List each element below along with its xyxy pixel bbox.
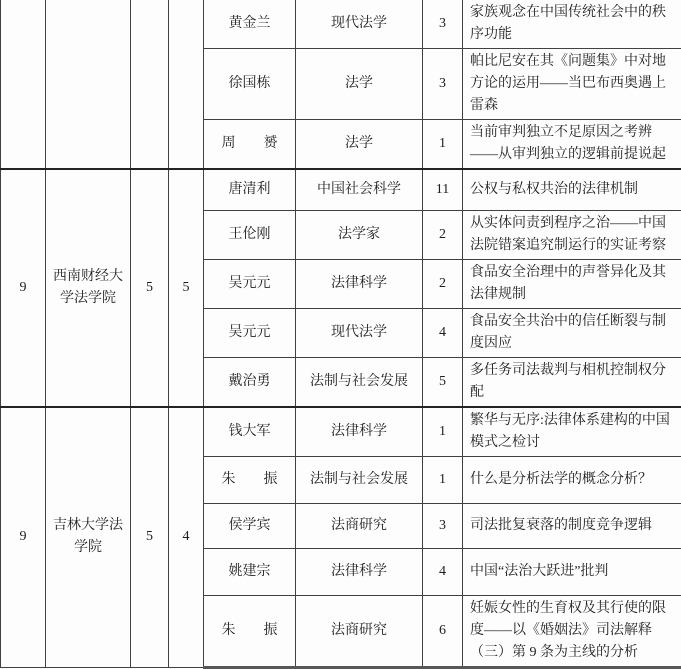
title-cell: 中国“法治大跃进”批判 (463, 548, 681, 595)
count-cell: 1 (423, 407, 463, 457)
institution-cell: 吉林大学法学院 (46, 407, 131, 668)
count-cell: 2 (423, 210, 463, 259)
count-cell: 3 (423, 49, 463, 120)
journal-cell: 法律科学 (296, 407, 423, 457)
stat2-cell: 5 (169, 169, 204, 407)
count-cell: 11 (423, 169, 463, 210)
author-cell: 朱 振 (204, 595, 296, 667)
journal-cell: 法商研究 (296, 503, 423, 548)
author-cell: 钱大军 (204, 407, 296, 457)
table-row: 9 西南财经大学法学院 5 5 唐清利 中国社会科学 11 公权与私权共治的法律… (1, 169, 681, 210)
author-cell: 侯学宾 (204, 503, 296, 548)
rank-cell: 9 (1, 407, 46, 668)
journal-cell: 法律科学 (296, 259, 423, 308)
journal-cell: 法学 (296, 49, 423, 120)
journal-cell: 法律科学 (296, 548, 423, 595)
rank-cell (1, 0, 46, 169)
author-cell: 周 赟 (204, 120, 296, 170)
journal-cell: 中国社会科学 (296, 169, 423, 210)
title-cell: 食品安全治理中的声誉异化及其法律规制 (463, 259, 681, 308)
stat2-cell: 4 (169, 407, 204, 668)
stat1-cell: 5 (131, 407, 169, 668)
author-cell: 姚建宗 (204, 548, 296, 595)
title-cell: 从实体问责到程序之治——中国法院错案追究制运行的实证考察 (463, 210, 681, 259)
author-cell: 徐国栋 (204, 49, 296, 120)
count-cell: 6 (423, 595, 463, 667)
title-cell: 繁华与无序:法律体系建构的中国模式之检讨 (463, 407, 681, 457)
journal-cell: 法学家 (296, 210, 423, 259)
count-cell: 2 (423, 259, 463, 308)
journal-cell: 现代法学 (296, 308, 423, 357)
journal-cell: 法商研究 (296, 595, 423, 667)
author-cell: 朱 振 (204, 456, 296, 503)
journal-cell: 现代法学 (296, 0, 423, 49)
journal-cell: 法制与社会发展 (296, 357, 423, 407)
journal-cell: 法学 (296, 120, 423, 170)
journal-cell: 法制与社会发展 (296, 456, 423, 503)
institution-cell: 西南财经大学法学院 (46, 169, 131, 407)
author-cell: 吴元元 (204, 308, 296, 357)
author-cell: 吴元元 (204, 259, 296, 308)
title-cell: 家族观念在中国传统社会中的秩序功能 (463, 0, 681, 49)
count-cell: 5 (423, 357, 463, 407)
ranking-table: 黄金兰 现代法学 3 家族观念在中国传统社会中的秩序功能 徐国栋 法学 3 帕比… (0, 0, 681, 669)
title-cell: 当前审判独立不足原因之考辨——从审判独立的逻辑前提说起 (463, 120, 681, 170)
count-cell: 4 (423, 548, 463, 595)
title-cell: 多任务司法裁判与相机控制权分配 (463, 357, 681, 407)
count-cell: 3 (423, 0, 463, 49)
title-cell: 帕比尼安在其《问题集》中对地方论的运用——当巴布西奥遇上雷森 (463, 49, 681, 120)
rank-cell: 9 (1, 169, 46, 407)
title-cell: 什么是分析法学的概念分析？ (463, 456, 681, 503)
table-row: 9 吉林大学法学院 5 4 钱大军 法律科学 1 繁华与无序:法律体系建构的中国… (1, 407, 681, 457)
stat1-cell: 5 (131, 169, 169, 407)
author-cell: 唐清利 (204, 169, 296, 210)
count-cell: 1 (423, 456, 463, 503)
title-cell: 食品安全共治中的信任断裂与制度因应 (463, 308, 681, 357)
stat2-cell (169, 0, 204, 169)
author-cell: 黄金兰 (204, 0, 296, 49)
title-cell: 妊娠女性的生育权及其行使的限度——以《婚姻法》司法解释（三）第 9 条为主线的分… (463, 595, 681, 667)
count-cell: 3 (423, 503, 463, 548)
count-cell: 1 (423, 120, 463, 170)
author-cell: 王伦刚 (204, 210, 296, 259)
count-cell: 4 (423, 308, 463, 357)
title-cell: 司法批复衰落的制度竞争逻辑 (463, 503, 681, 548)
title-cell: 公权与私权共治的法律机制 (463, 169, 681, 210)
stat1-cell (131, 0, 169, 169)
table-row: 黄金兰 现代法学 3 家族观念在中国传统社会中的秩序功能 (1, 0, 681, 49)
institution-cell (46, 0, 131, 169)
author-cell: 戴治勇 (204, 357, 296, 407)
